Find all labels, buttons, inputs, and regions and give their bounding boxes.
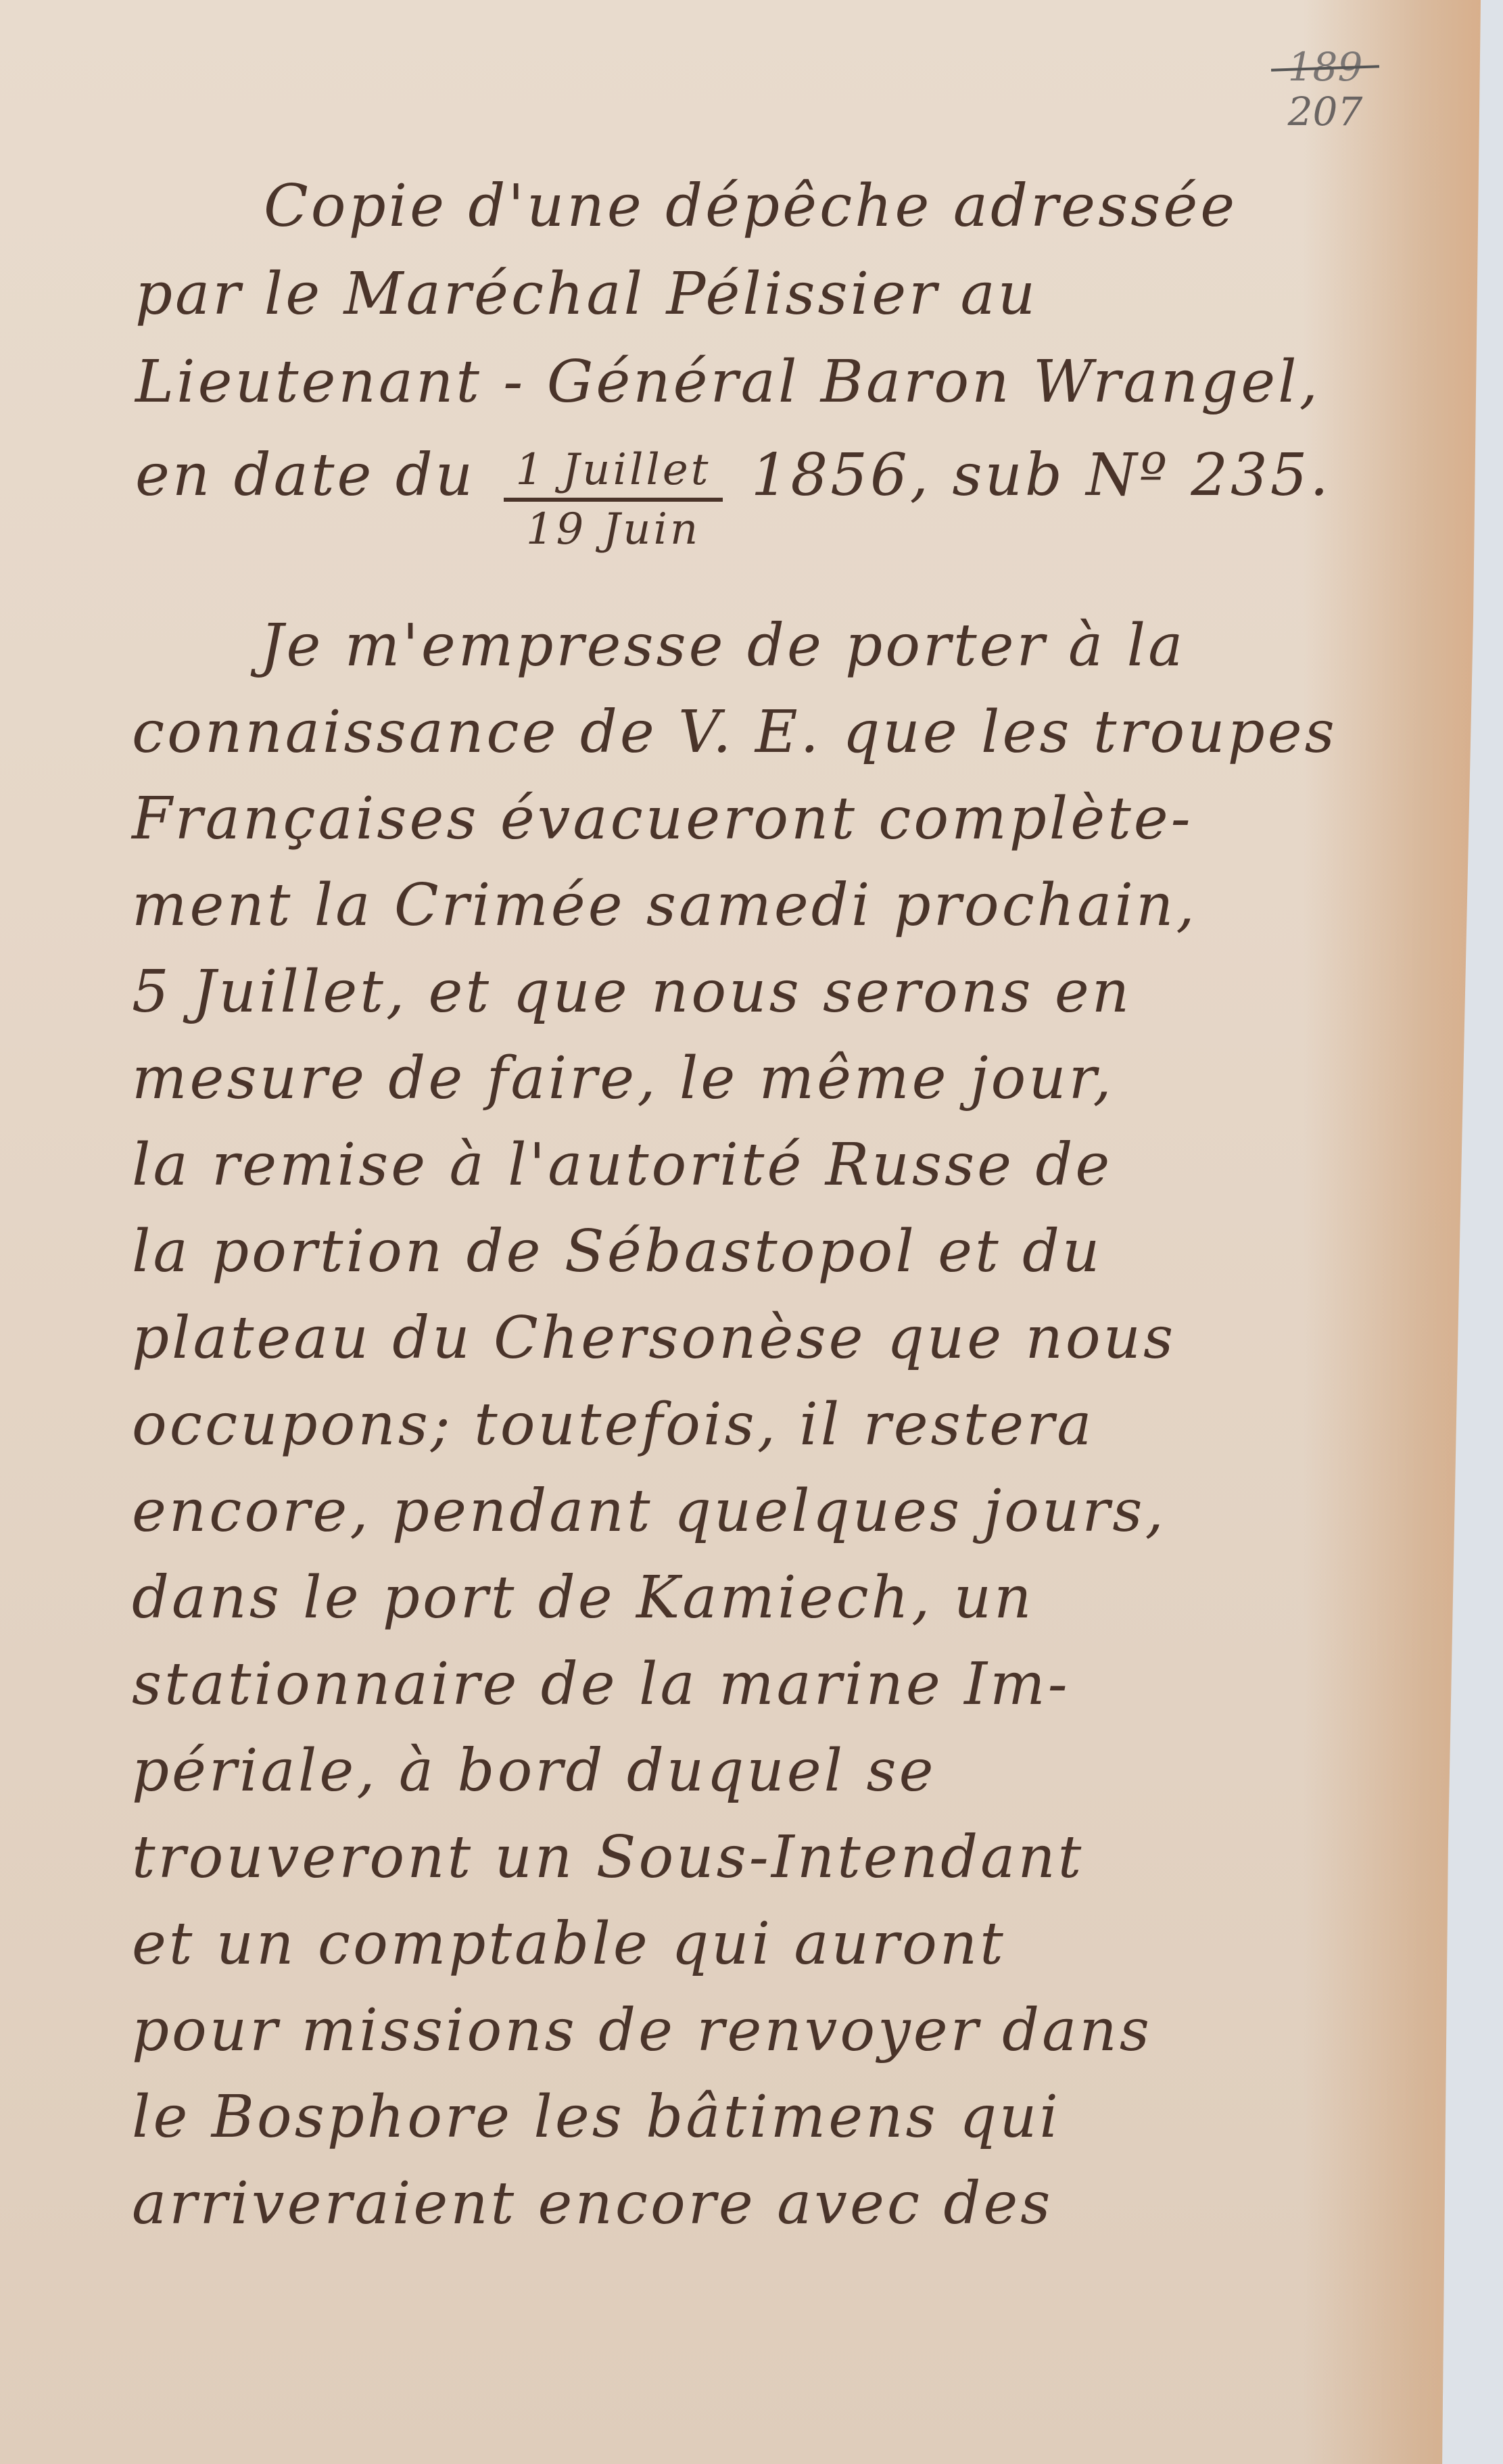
body-line-5: 5 Juillet, et que nous serons en [132,958,1503,1026]
body-line-17: pour missions de renvoyer dans [132,1997,1503,2064]
body-line-12: dans le port de Kamiech, un [132,1564,1503,1632]
folio-number: 189 207 [1271,47,1379,131]
body-line-13: stationnaire de la marine Im- [132,1651,1503,1718]
date-new-style: 1 Juillet [504,446,723,502]
date-fraction: 1 Juillet 19 Juin [504,446,723,554]
current-folio-number: 207 [1271,92,1379,131]
body-line-19: arriveraient encore avec des [132,2170,1503,2237]
heading-date-line: en date du 1 Juillet 19 Juin 1856, sub N… [135,426,1503,534]
body-line-7: la remise à l'autorité Russe de [132,1131,1503,1199]
body-line-14: périale, à bord duquel se [132,1737,1503,1805]
struck-folio-number: 189 [1271,47,1379,87]
date-old-style: 19 Juin [526,502,700,553]
body-line-2: connaissance de V. E. que les troupes [132,698,1503,766]
date-suffix: 1856, sub Nº 235. [751,442,1331,509]
manuscript-page: 189 207 Copie d'une dépêche adressée par… [0,0,1481,2464]
body-line-11: encore, pendant quelques jours, [132,1477,1503,1545]
heading-line-2: par le Maréchal Pélissier au [135,260,1503,328]
body-line-3: Françaises évacueront complète- [132,785,1503,853]
heading-line-1: Copie d'une dépêche adressée [135,172,1503,240]
body-line-6: mesure de faire, le même jour, [132,1045,1503,1112]
body-line-8: la portion de Sébastopol et du [132,1218,1503,1285]
body-line-10: occupons; toutefois, il restera [132,1391,1503,1459]
body-line-9: plateau du Chersonèse que nous [132,1304,1503,1372]
heading-line-3: Lieutenant - Général Baron Wrangel, [135,348,1503,416]
body-line-4: ment la Crimée samedi prochain, [132,872,1503,939]
body-line-18: le Bosphore les bâtimens qui [132,2083,1503,2151]
body-line-16: et un comptable qui auront [132,1910,1503,1978]
date-prefix: en date du [135,442,475,509]
body-line-15: trouveront un Sous-Intendant [132,1824,1503,1891]
body-line-1: Je m'empresse de porter à la [132,612,1503,680]
